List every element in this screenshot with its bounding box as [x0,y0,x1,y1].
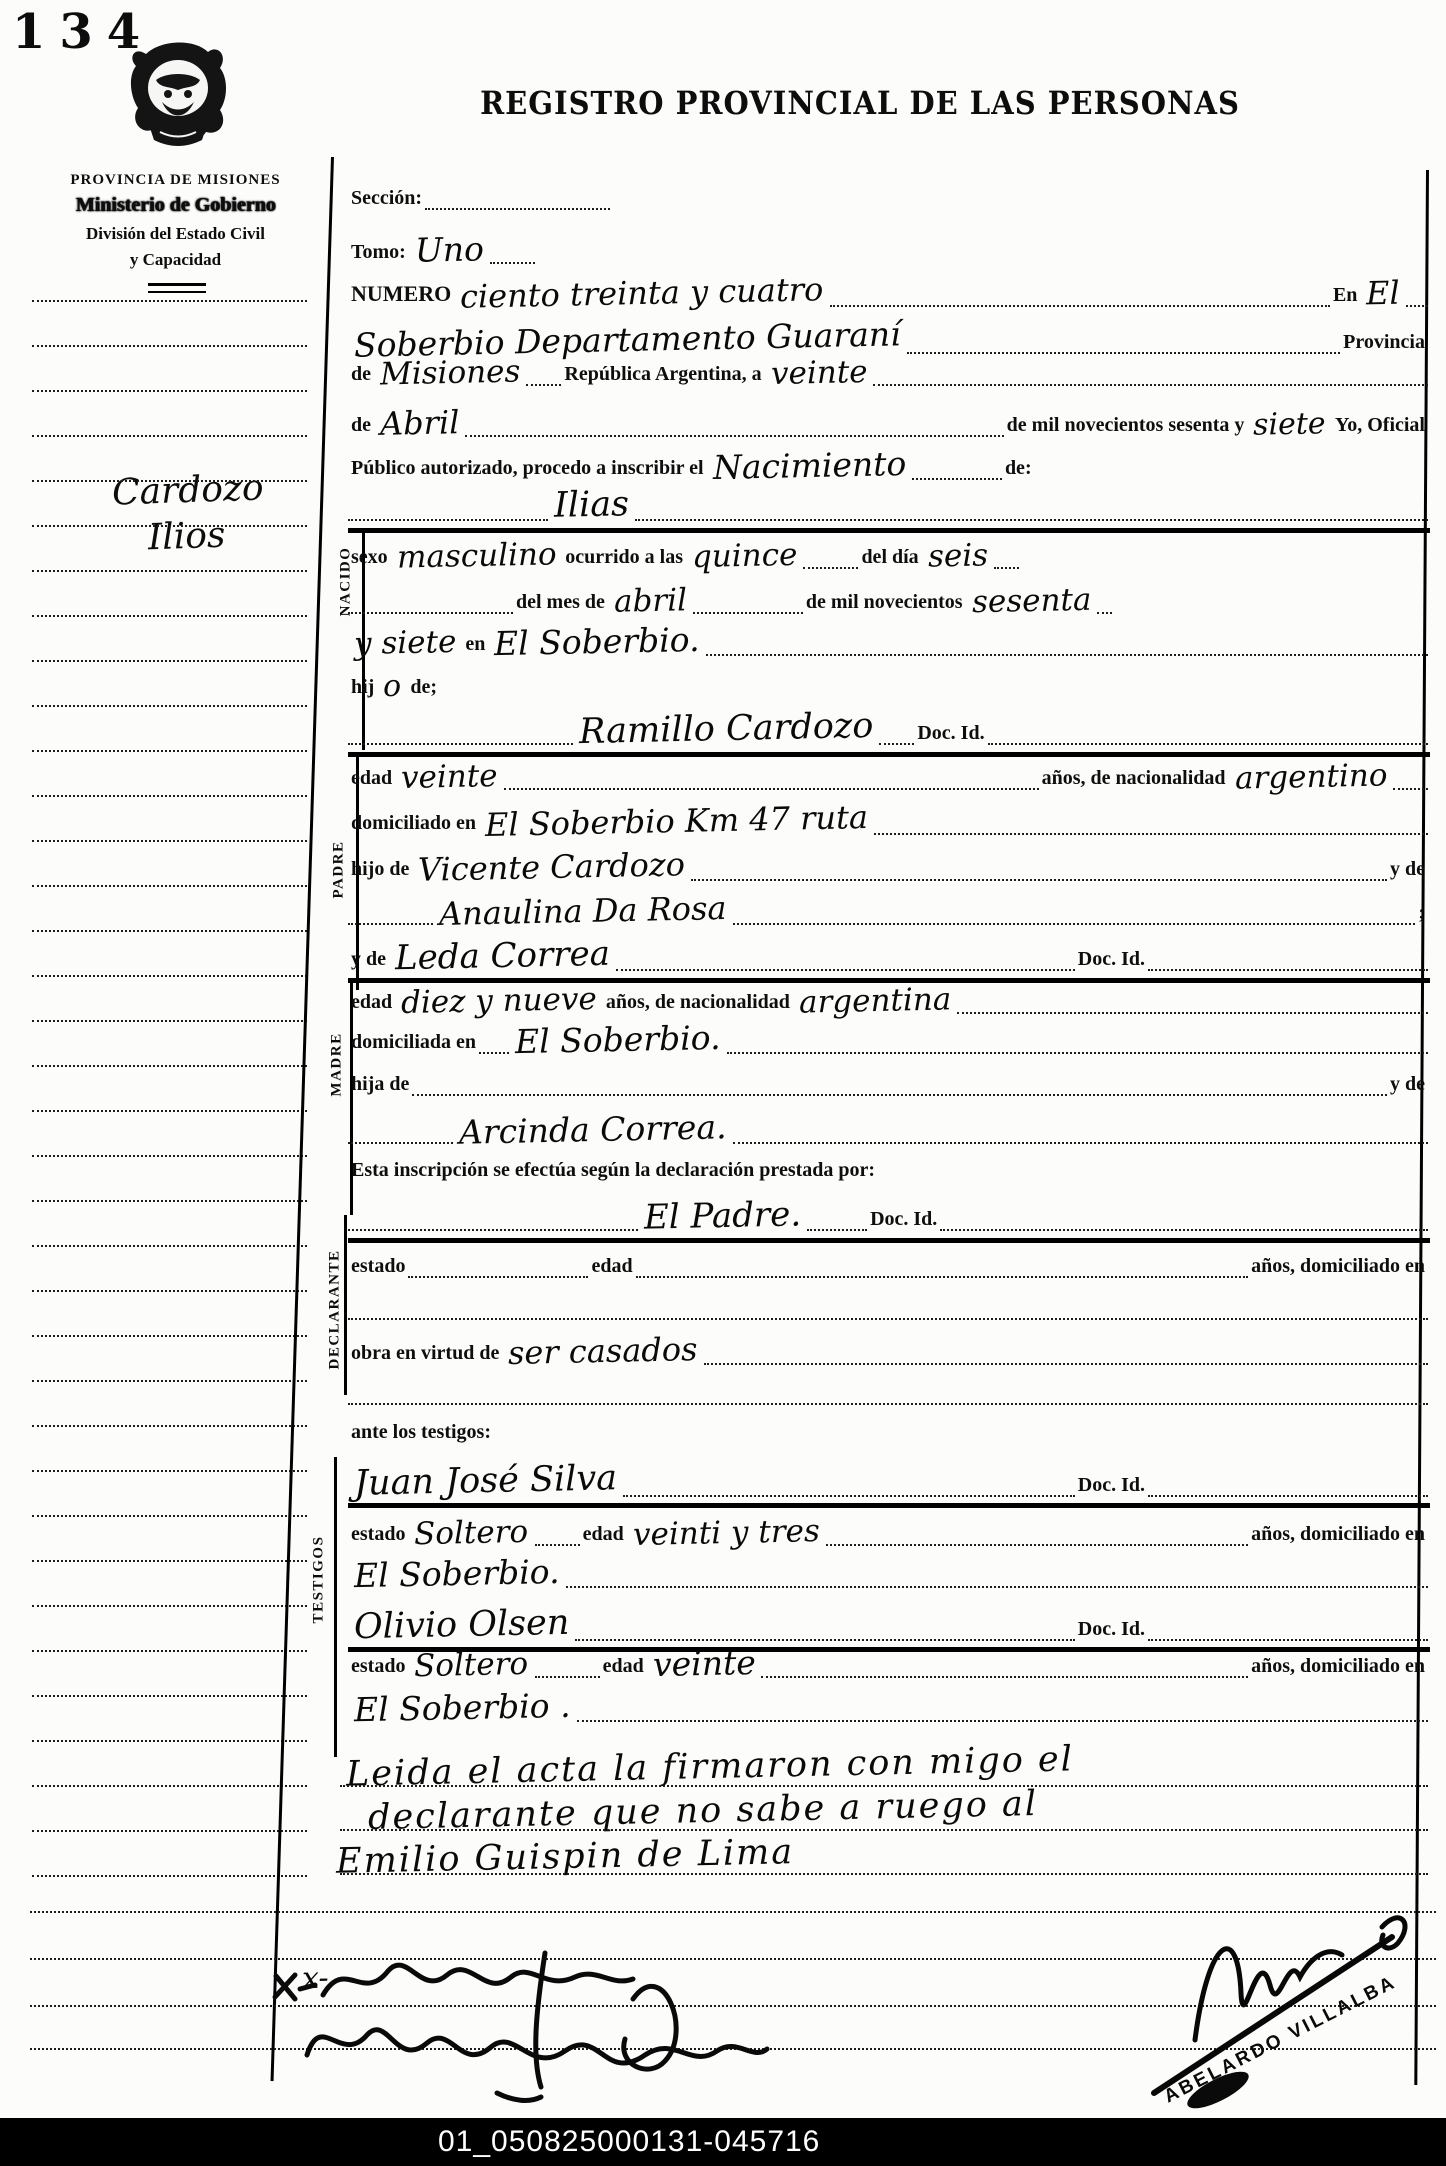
margin-rule-line [32,1065,307,1067]
document-title: REGISTRO PROVINCIAL DE LAS PERSONAS [470,85,1250,122]
ante-testigos-row: ante los testigos: [348,1420,1428,1444]
margin-rule-line [32,705,307,707]
del-mes-label: del mes de [513,590,608,614]
yo-oficial-label: Yo, Oficial [1332,413,1428,437]
de-semi-label: de; [407,675,440,699]
testigo2-estado-row: estado Soltero edad veinte años, domicil… [348,1642,1428,1678]
lugar-value: El Soberbio. [488,622,706,663]
margin-rule-line [32,390,307,392]
de-label-1: de [348,362,374,386]
testigo1-doc-id-label: Doc. Id. [1075,1473,1148,1497]
madre-nombre: Leda Correa [389,936,617,978]
margin-rule-line [32,1785,307,1787]
margin-rule-line [32,975,307,977]
section-label-declarante: DECLARANTE [327,1249,344,1369]
margin-rule-line [32,885,307,887]
nacido-mes-row: del mes de abril de mil novecientos sese… [348,580,1428,614]
padre-y-de-label: y de [1387,857,1428,881]
margin-rule-line [32,1020,307,1022]
hora-value: quince [686,538,804,575]
provincia-label: Provincia [1340,330,1428,354]
margin-surname: Cardozo [111,467,264,513]
padre-domicilio-row: domiciliado en El Soberbio Km 47 ruta [348,800,1428,835]
witness-cross-mark: x- [296,1962,335,1996]
en-value: El [1360,276,1406,312]
margin-rule-line [32,1155,307,1157]
letterhead-underline [148,283,206,293]
padre-name-row: Ramillo Cardozo Doc. Id. [348,706,1428,745]
mes-nacimiento-value: abril [608,583,694,619]
obra-row: obra en virtud de ser casados [348,1330,1428,1365]
padre-edad-label: edad [348,766,395,790]
hijo-o-value: o [377,670,408,704]
margin-rule-line [32,345,307,347]
madre-doc-id-label: Doc. Id. [1075,947,1148,971]
margin-given-name: Ilios [147,515,226,559]
declarante-rule [348,1238,1430,1243]
testigo2-estado-label: estado [348,1654,408,1678]
padre-nacionalidad-value: argentino [1228,758,1393,796]
margin-rule-line [32,1560,307,1562]
margin-rule-line [32,840,307,842]
nacido-hijo-row: hij o de; [348,666,1428,699]
margin-rule-line [32,1110,307,1112]
bracket-testigos [334,1457,337,1757]
declarante-nombre: El Padre. [638,1196,808,1237]
testigo1-edad-value: veinti y tres [626,1514,826,1552]
abuelo-paterno-value: Vicente Cardozo [412,847,692,888]
padre-nombre: Ramillo Cardozo [573,707,880,752]
margin-rule-line [32,1425,307,1427]
margin-rule-line [32,1245,307,1247]
madre-domicilio-label: domiciliada en [348,1030,479,1054]
madre-edad-value: diez y nueve [395,982,603,1020]
margin-rule-line [32,930,307,932]
testigo1-edad-label: edad [580,1522,627,1546]
declarante-estado-label: estado [348,1254,408,1278]
letterhead-division-line1: División del Estado Civil [28,224,323,244]
declaracion-label: Esta inscripción se efectúa según la dec… [348,1158,878,1182]
testigo1-rule [348,1503,1430,1508]
padre-edad-row: edad veinte años, de nacionalidad argent… [348,756,1428,790]
testigo2-domicilio-row: El Soberbio . [348,1686,1428,1722]
tomo-value: Uno [408,231,490,269]
sexo-value: masculino [390,537,562,575]
madre-edad-row: edad diez y nueve años, de nacionalidad … [348,980,1428,1014]
obra-value: ser casados [502,1332,704,1371]
margin-rule-line [32,1740,307,1742]
hijo-de-label: hijo de [348,857,412,881]
nacido-nombre: Ilias [548,485,636,525]
testigo1-estado-row: estado Soltero edad veinti y tres años, … [348,1512,1428,1546]
margin-rule-line [32,1875,307,1877]
seccion-label: Sección: [348,186,425,210]
section-label-madre: MADRE [329,1032,346,1096]
testigo2-estado-value: Soltero [408,1647,535,1684]
margin-rule-line [32,1470,307,1472]
margin-rule-line [32,435,307,437]
testigo2-nombre: Olivio Olsen [348,1604,576,1647]
dia-nacimiento-value: seis [921,538,994,574]
testigo2-edad-value: veinte [646,1645,762,1684]
anio-nacimiento-value: sesenta [965,583,1097,620]
declaracion-row: Esta inscripción se efectúa según la dec… [348,1158,1428,1182]
testigo2-name-row: Olivio Olsen Doc. Id. [348,1602,1428,1641]
madre-hija-row: hija de y de [348,1072,1428,1096]
testigo1-nombre: Juan José Silva [348,1459,624,1503]
tomo-row: Tomo: Uno [348,228,1428,264]
margin-rule-line [32,570,307,572]
margin-rule-line [32,300,307,302]
numero-label: NUMERO [348,281,454,307]
sexo-label: sexo [348,545,391,569]
hija-de-label: hija de [348,1072,412,1096]
madre-nacionalidad-label: años, de nacionalidad [603,990,793,1014]
margin-rule-line [32,1335,307,1337]
bracket-declarante [344,1215,347,1395]
numero-value: ciento treinta y cuatro [454,272,830,315]
official-signature-stamp: ABELARDO VILLALBA [1140,1885,1440,2115]
tomo-dots [490,257,535,264]
publico-label: Público autorizado, procedo a inscribir … [348,456,707,480]
declarante-estado-row: estado edad años, domiciliado en [348,1254,1428,1278]
padre-doc-id-label: Doc. Id. [914,721,987,745]
testigo2-anios-label: años, domiciliado en [1248,1654,1428,1678]
margin-rule-line [32,1830,307,1832]
padre-domicilio-label: domiciliado en [348,811,479,835]
margin-rule-line [32,750,307,752]
tomo-label: Tomo: [348,240,409,264]
padre-abuela-row: Anaulina Da Rosa ; [348,890,1428,925]
margin-rule-line [32,660,307,662]
margin-rule-line [32,1200,307,1202]
madre-abuela-row: Arcinda Correa. [348,1108,1428,1144]
madre-y-de-2-label: y de [1387,1072,1428,1096]
obra-blank-line [348,1403,1428,1405]
obra-label: obra en virtud de [348,1341,502,1365]
de-colon-label: de: [1002,456,1035,480]
anio2-value: y siete [348,625,463,661]
padre-domicilio-value: El Soberbio Km 47 ruta [479,800,875,843]
declarante-doc-id-label: Doc. Id. [867,1207,940,1231]
margin-rule-line [32,1380,307,1382]
madre-name-row: y de Leda Correa Doc. Id. [348,934,1428,971]
margin-rule-line [32,1290,307,1292]
declarante-blank-line [348,1318,1428,1320]
testigo2-edad-label: edad [600,1654,647,1678]
testigo1-anios-label: años, domiciliado en [1248,1522,1428,1546]
cierre-dotline-3 [340,1873,1428,1875]
declarante-anios-label: años, domiciliado en [1248,1254,1428,1278]
testigo1-domicilio-row: El Soberbio. [348,1552,1428,1588]
form-left-border [271,157,334,2081]
nacido-lugar-row: y siete en El Soberbio. [348,620,1428,656]
scanned-birth-certificate: 134 PROVINCIA DE MISIONES Ministerio de … [0,0,1446,2166]
letterhead-ministry: Ministerio de Gobierno [28,194,323,217]
testigo1-name-row: Juan José Silva Doc. Id. [348,1458,1428,1497]
anio-value: siete [1247,407,1332,442]
margin-rule-line [32,795,307,797]
nacido-sexo-row: sexo masculino ocurrido a las quince del… [348,535,1428,569]
padre-edad-value: veinte [395,759,504,795]
madre-domicilio-value: El Soberbio. [509,1020,727,1061]
republica-label: República Argentina, a [561,362,764,386]
declarante-name-row: El Padre. Doc. Id. [348,1194,1428,1231]
seccion-row: Sección: [348,186,1428,210]
madre-domicilio-row: domiciliada en El Soberbio. [348,1018,1428,1054]
testigo1-estado-value: Soltero [408,1515,535,1552]
fecha-row: de Abril de mil novecientos sesenta y si… [348,402,1428,437]
demil-label: de mil novecientos sesenta y [1004,413,1248,437]
en2-label: en [462,632,488,656]
de-label-2: de [348,413,374,437]
acto-value: Nacimiento [706,446,912,487]
cierre-dotline-1 [340,1785,1428,1787]
mes-value: Abril [374,405,466,442]
abuela-materna-value: Arcinda Correa. [453,1109,733,1151]
section-label-testigos: TESTIGOS [310,1536,327,1624]
madre-edad-label: edad [348,990,395,1014]
padre-nacionalidad-label: años, de nacionalidad [1039,766,1229,790]
del-dia-label: del día [858,545,921,569]
declarante-edad-label: edad [588,1254,635,1278]
hij-label: hij [348,675,377,699]
margin-rule-line [32,615,307,617]
letterhead-division-line2: y Capacidad [28,250,323,270]
padre-abuelo-row: hijo de Vicente Cardozo y de [348,846,1428,881]
madre-nacionalidad-value: argentina [793,982,958,1020]
abuela-paterna-value: Anaulina Da Rosa [433,891,733,932]
footer-code-bar: 01_050825000131-045716 [0,2118,1446,2166]
dia-value: veinte [764,355,873,391]
margin-rule-line [32,1605,307,1607]
ocurrido-label: ocurrido a las [562,545,686,569]
margin-rule-line [32,1650,307,1652]
coat-of-arms-emblem [126,36,230,158]
demil2-label: de mil novecientos [803,590,966,614]
nacido-name-row: Ilias [348,482,1428,521]
provincia-row: de Misiones República Argentina, a veint… [348,352,1428,386]
inscripcion-row: Público autorizado, procedo a inscribir … [348,444,1428,480]
testigo2-domicilio-value: El Soberbio . [348,1688,577,1729]
nacido-rule [348,528,1430,533]
margin-rule-line [32,525,307,527]
provincia-value: Misiones [374,354,527,391]
margin-rule-line [32,480,307,482]
testigo2-doc-id-label: Doc. Id. [1075,1617,1148,1641]
numero-row: NUMERO ciento treinta y cuatro En El [348,272,1428,307]
footer-code-text: 01_050825000131-045716 [438,2125,820,2159]
margin-rule-line [32,1695,307,1697]
cierre-dotline-2 [340,1829,1428,1831]
testigo1-estado-label: estado [348,1522,408,1546]
testigo1-domicilio-value: El Soberbio. [348,1554,566,1595]
en-label: En [1330,283,1360,307]
section-label-padre: PADRE [331,840,348,898]
margin-rule-line [32,1515,307,1517]
localidad-row: Soberbio Departamento Guaraní Provincia [348,318,1428,354]
seccion-blank [425,203,610,210]
padre-semicolon: ; [1415,901,1428,925]
madre-y-de-label: y de [348,947,389,971]
ante-testigos-label: ante los testigos: [348,1420,494,1444]
letterhead-province: PROVINCIA DE MISIONES [28,172,323,189]
